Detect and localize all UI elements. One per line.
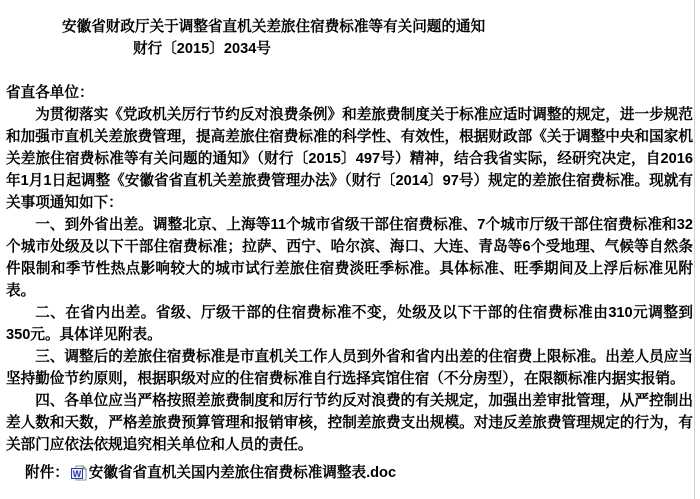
attachment-file-link[interactable]: 安徽省省直机关国内差旅住宿费标准调整表.doc [89,462,396,484]
svg-text:W: W [73,469,82,479]
attachment-label: 附件： [25,462,69,484]
window-edge-line [694,0,695,499]
para-item-1-out-of-province: 一、到外省出差。调整北京、上海等11个城市省级干部住宿费标准、7个城市厅级干部住… [6,214,693,302]
para-item-4-enforcement: 四、各单位应当严格按照差旅费制度和厉行节约反对浪费的有关规定，加强出差审批管理，… [6,390,693,456]
notice-document: 安徽省财政厅关于调整省直机关差旅住宿费标准等有关问题的通知 财行〔2015〕20… [0,0,700,499]
para-item-2-in-province: 二、在省内出差。省级、厅级干部的住宿费标准不变，处级及以下干部的住宿费标准由31… [6,302,693,346]
word-document-icon[interactable]: W [71,465,87,481]
para-item-3-upper-limit: 三、调整后的差旅住宿费标准是市直机关工作人员到外省和省内出差的住宿费上限标准。出… [6,346,693,390]
document-number: 财行〔2015〕2034号 [133,38,693,60]
document-title: 安徽省财政厅关于调整省直机关差旅住宿费标准等有关问题的通知 [62,16,693,38]
para-preamble: 为贯彻落实《党政机关厉行节约反对浪费条例》和差旅费制度关于标准应适时调整的规定，… [6,104,693,214]
salutation: 省直各单位： [6,82,693,104]
attachment-row: 附件： W 安徽省省直机关国内差旅住宿费标准调整表.doc [25,462,693,484]
